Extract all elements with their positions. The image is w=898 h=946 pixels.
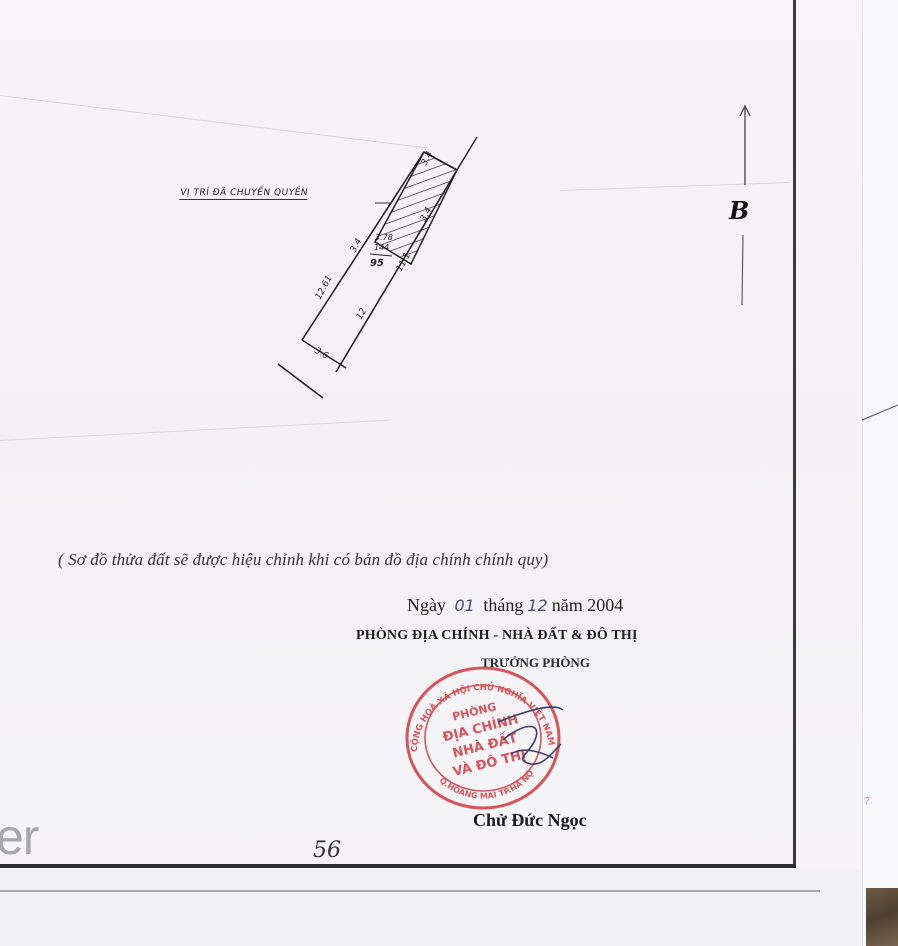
date-day-label: Ngày <box>407 595 446 615</box>
plot-label: VỊ TRÍ ĐÃ CHUYỂN QUYỀN <box>179 188 308 200</box>
ink-mark: ? <box>864 796 870 807</box>
area-bottom: 95 <box>370 258 384 269</box>
date-month: 12 <box>523 596 551 615</box>
area-top: 3.78 <box>375 233 393 242</box>
sketch-note: ( Sơ đồ thửa đất sẽ được hiệu chỉnh khi … <box>58 550 548 570</box>
date-day: 01 <box>451 596 479 615</box>
dim-left-lower: 12.61 <box>314 274 335 301</box>
north-label: B <box>729 196 749 225</box>
signer-name: Chử Đức Ngọc <box>473 810 587 831</box>
date-line: Ngày 01 tháng12năm 2004 <box>407 595 623 616</box>
date-year: 2004 <box>587 595 623 615</box>
area-mid: 144 <box>374 243 389 252</box>
date-month-label: tháng <box>483 595 523 615</box>
dim-bottom: 3.6 <box>313 346 331 362</box>
watermark-fragment: er <box>0 808 38 866</box>
page-number: 56 <box>313 838 341 863</box>
date-year-label: năm <box>552 595 583 615</box>
dim-left-upper: 3.4 <box>349 237 365 255</box>
official-stamp: CỘNG HOÀ XÃ HỘI CHỦ NGHĨA VIỆT NAM Q.HOÀ… <box>403 662 563 812</box>
office-name: PHÒNG ĐỊA CHÍNH - NHÀ ĐẤT & ĐÔ THỊ <box>356 628 638 644</box>
